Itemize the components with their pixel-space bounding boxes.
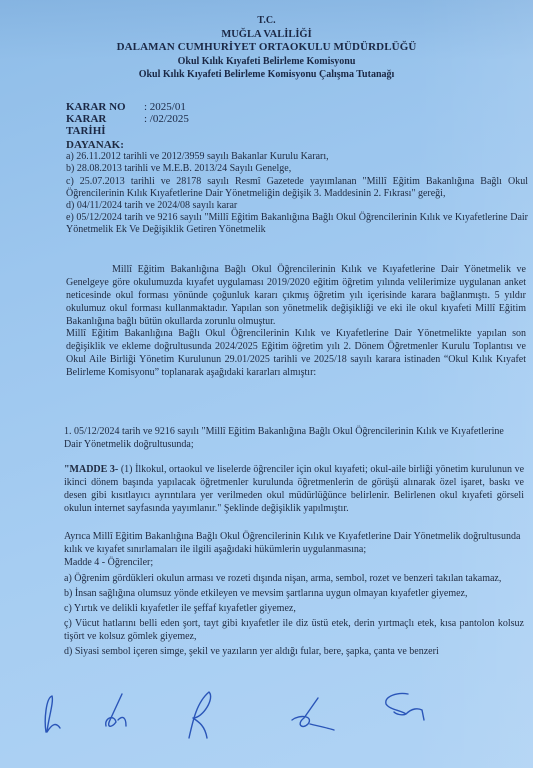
list-item: ç) Vücut hatlarını belli eden şort, tayt… <box>64 617 524 643</box>
document-page: T.C. MUĞLA VALİLİĞİ DALAMAN CUMHURİYET O… <box>0 0 533 768</box>
madde-4-title: Madde 4 - Öğrenciler; <box>64 556 524 569</box>
dayanak-item: d) 04/11/2024 tarih ve 2024/08 sayılı ka… <box>66 200 528 212</box>
madde-3-quote: "MADDE 3- (1) İlkokul, ortaokul ve lisel… <box>64 463 524 515</box>
header-report-title: Okul Kılık Kıyafeti Belirleme Komisyonu … <box>0 68 533 82</box>
decision-meta: KARAR NO : 2025/01 KARAR TARİHİ : /02/20… <box>66 101 189 137</box>
list-item: a) Öğrenim gördükleri okulun arması ve r… <box>64 572 524 585</box>
decision-item-1: 1. 05/12/2024 tarih ve 9216 sayılı "Mill… <box>64 425 524 451</box>
signature-4 <box>290 690 340 743</box>
list-item: b) İnsan sağlığına olumsuz yönde etkiley… <box>64 587 524 600</box>
signature-2 <box>100 690 140 743</box>
body-paragraph-1: Millî Eğitim Bakanlığına Bağlı Okul Öğre… <box>66 263 526 328</box>
dayanak-item: b) 28.08.2013 tarihli ve M.E.B. 2013/24 … <box>66 163 528 175</box>
ayrica-paragraph: Ayrıca Millî Eğitim Bakanlığına Bağlı Ok… <box>64 530 524 569</box>
dayanak-item: c) 25.07.2013 tarihli ve 28178 sayılı Re… <box>66 176 528 200</box>
header-commission: Okul Kılık Kıyafeti Belirleme Komisyonu <box>0 55 533 69</box>
karar-no-row: KARAR NO : 2025/01 <box>66 101 189 113</box>
madde-3-label: "MADDE 3- <box>64 464 118 475</box>
signatures-row <box>0 690 533 750</box>
header-school: DALAMAN CUMHURİYET ORTAOKULU MÜDÜRDLÜĞÜ <box>0 41 533 55</box>
dayanak-item: e) 05/12/2024 tarih ve 9216 sayılı "Mill… <box>66 212 528 236</box>
madde-4-list: a) Öğrenim gördükleri okulun arması ve r… <box>64 572 524 660</box>
dayanak-item: a) 26.11.2012 tarihli ve 2012/3959 sayıl… <box>66 151 528 163</box>
dayanak-section: DAYANAK: a) 26.11.2012 tarihli ve 2012/3… <box>66 139 528 237</box>
header-tc: T.C. <box>0 14 533 28</box>
dayanak-title: DAYANAK: <box>66 139 528 151</box>
karar-no-label: KARAR NO <box>66 101 144 113</box>
karar-no-value: : 2025/01 <box>144 101 186 113</box>
ayrica-text: Ayrıca Millî Eğitim Bakanlığına Bağlı Ok… <box>64 530 524 556</box>
karar-tarihi-value: : /02/2025 <box>144 113 189 137</box>
signature-5 <box>382 690 442 740</box>
document-header: T.C. MUĞLA VALİLİĞİ DALAMAN CUMHURİYET O… <box>0 14 533 82</box>
signature-3 <box>183 690 223 747</box>
karar-tarihi-row: KARAR TARİHİ : /02/2025 <box>66 113 189 137</box>
signature-1 <box>38 690 68 740</box>
karar-tarihi-label: KARAR TARİHİ <box>66 113 144 137</box>
body-paragraph-2: Millî Eğitim Bakanlığına Bağlı Okul Öğre… <box>66 327 526 379</box>
list-item: d) Siyasi sembol içeren simge, şekil ve … <box>64 645 524 658</box>
header-governorship: MUĞLA VALİLİĞİ <box>0 28 533 42</box>
madde-3-text: (1) İlkokul, ortaokul ve liselerde öğren… <box>64 464 524 514</box>
list-item: c) Yırtık ve delikli kıyafetler ile şeff… <box>64 602 524 615</box>
